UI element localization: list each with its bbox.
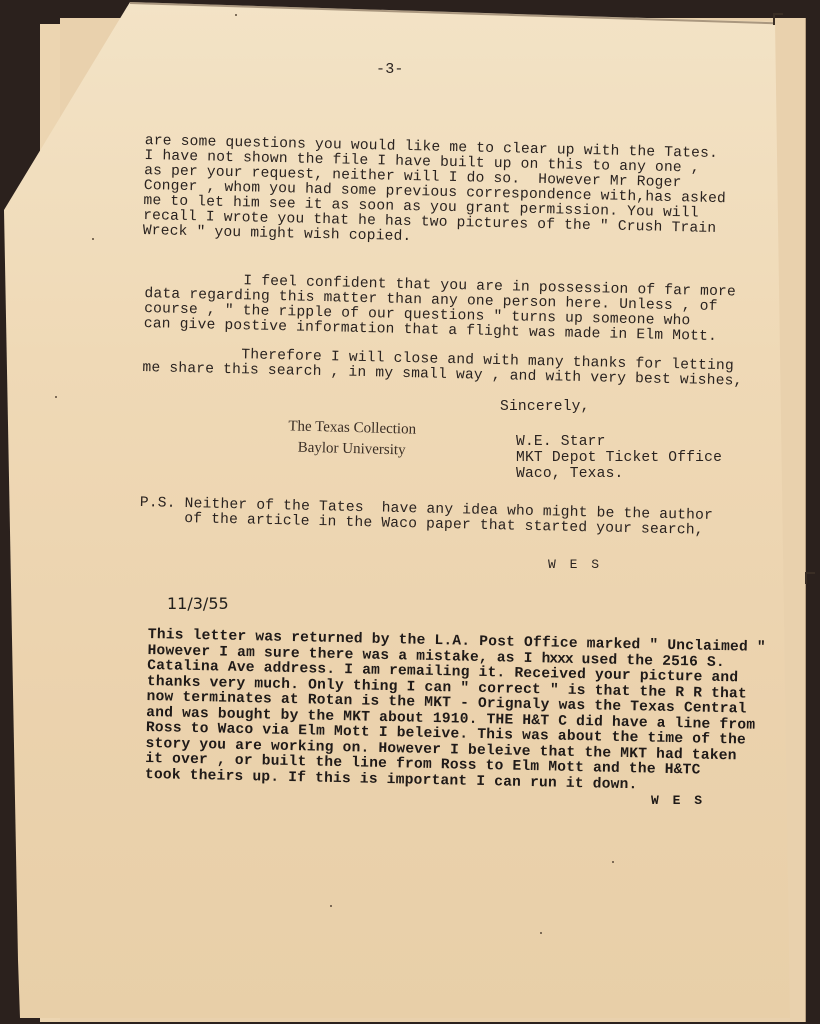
- paper-speck: [235, 14, 237, 16]
- sheet-edge-mark: [805, 572, 815, 584]
- signature-block: W.E. Starr MKT Depot Ticket Office Waco,…: [516, 434, 722, 482]
- body-paragraph-2: I feel confident that you are in possess…: [144, 272, 736, 345]
- postscript: P.S. Neither of the Tates have any idea …: [139, 496, 713, 539]
- body-paragraph-1: are some questions you would like me to …: [143, 134, 727, 252]
- signer-initials: W E S: [548, 557, 602, 572]
- paper-speck: [55, 396, 57, 398]
- paper-speck: [612, 861, 614, 863]
- struck-out-word: hxxx: [541, 651, 572, 668]
- sheet-corner-mark: [773, 13, 783, 25]
- letter-page: -3- are some questions you would like me…: [0, 0, 820, 1024]
- page-number: -3-: [376, 62, 404, 77]
- addendum-initials: W E S: [651, 793, 705, 808]
- paper-speck: [92, 238, 94, 240]
- paper-speck: [330, 905, 332, 907]
- addendum-text-after: used the 2516 S. Catalina Ave address. I…: [145, 651, 756, 792]
- archive-stamp: The Texas Collection Baylor University: [287, 416, 416, 461]
- closing-salutation: Sincerely,: [500, 400, 590, 415]
- handwritten-date: 11/3/55: [167, 594, 229, 613]
- addendum-note: This letter was returned by the L.A. Pos…: [145, 628, 766, 796]
- body-paragraph-3: Therefore I will close and with many tha…: [142, 346, 743, 390]
- paper-speck: [540, 932, 542, 934]
